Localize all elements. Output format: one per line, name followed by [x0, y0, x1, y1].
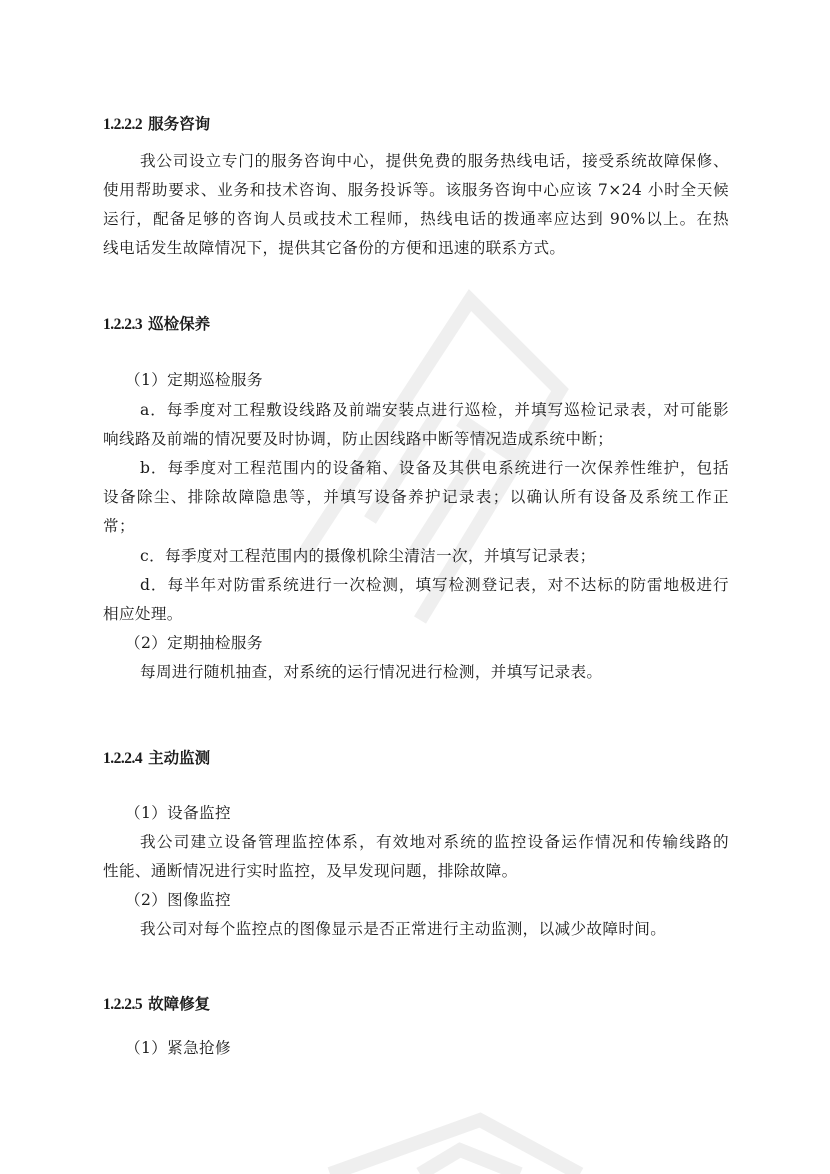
subheading-emergency-repair: （1）紧急抢修: [125, 1038, 751, 1058]
section-number: 1.2.2.5: [103, 996, 142, 1013]
section-heading-1-2-2-2: 1.2.2.2服务咨询: [103, 114, 210, 135]
list-item-b: b．每季度对工程范围内的设备箱、设备及其供电系统进行一次保养性维护，包括: [140, 458, 729, 478]
list-item-a-cont: 响线路及前端的情况要及时协调，防止因线路中断等情况造成系统中断；: [103, 429, 729, 449]
paragraph-line: 使用帮助要求、业务和技术咨询、服务投诉等。该服务咨询中心应该 7×24 小时全天…: [103, 180, 729, 200]
subheading-image-monitoring: （2）图像监控: [125, 890, 751, 910]
subheading-device-monitoring: （1）设备监控: [125, 803, 751, 823]
section-title: 主动监测: [148, 748, 210, 767]
paragraph-line: 性能、通断情况进行实时监控，及早发现问题，排除故障。: [103, 861, 729, 881]
paragraph-line: 每周进行随机抽查，对系统的运行情况进行检测，并填写记录表。: [140, 662, 729, 682]
list-item-d-cont: 相应处理。: [103, 604, 729, 624]
section-number: 1.2.2.3: [103, 316, 142, 333]
section-heading-1-2-2-3: 1.2.2.3巡检保养: [103, 314, 210, 335]
section-number: 1.2.2.4: [103, 750, 142, 767]
paragraph-line: 线电话发生故障情况下，提供其它备份的方便和迅速的联系方式。: [103, 238, 729, 258]
paragraph-line: 我公司对每个监控点的图像显示是否正常进行主动监测，以减少故障时间。: [140, 919, 729, 939]
section-number: 1.2.2.2: [103, 116, 142, 133]
paragraph-line: 我公司设立专门的服务咨询中心，提供免费的服务热线电话，接受系统故障保修、: [140, 151, 729, 171]
list-item-d: d．每半年对防雷系统进行一次检测，填写检测登记表，对不达标的防雷地极进行: [140, 575, 729, 595]
section-title: 服务咨询: [148, 114, 210, 133]
paragraph-line: 运行，配备足够的咨询人员或技术工程师，热线电话的拨通率应达到 90%以上。在热: [103, 209, 729, 229]
section-heading-1-2-2-5: 1.2.2.5故障修复: [103, 994, 210, 1015]
list-item-c: c．每季度对工程范围内的摄像机除尘清洁一次，并填写记录表；: [140, 546, 729, 566]
list-item-a: a．每季度对工程敷设线路及前端安装点进行巡检，并填写巡检记录表，对可能影: [140, 400, 729, 420]
list-item-b-cont: 设备除尘、排除故障隐患等，并填写设备养护记录表；以确认所有设备及系统工作正: [103, 487, 729, 507]
section-heading-1-2-2-4: 1.2.2.4主动监测: [103, 748, 210, 769]
section-title: 巡检保养: [148, 314, 210, 333]
subheading-periodic-inspection: （1）定期巡检服务: [125, 370, 751, 390]
subheading-spot-check: （2）定期抽检服务: [125, 633, 751, 653]
section-title: 故障修复: [148, 994, 210, 1013]
paragraph-line: 我公司建立设备管理监控体系，有效地对系统的监控设备运作情况和传输线路的: [140, 832, 729, 852]
list-item-b-cont: 常；: [103, 516, 729, 536]
